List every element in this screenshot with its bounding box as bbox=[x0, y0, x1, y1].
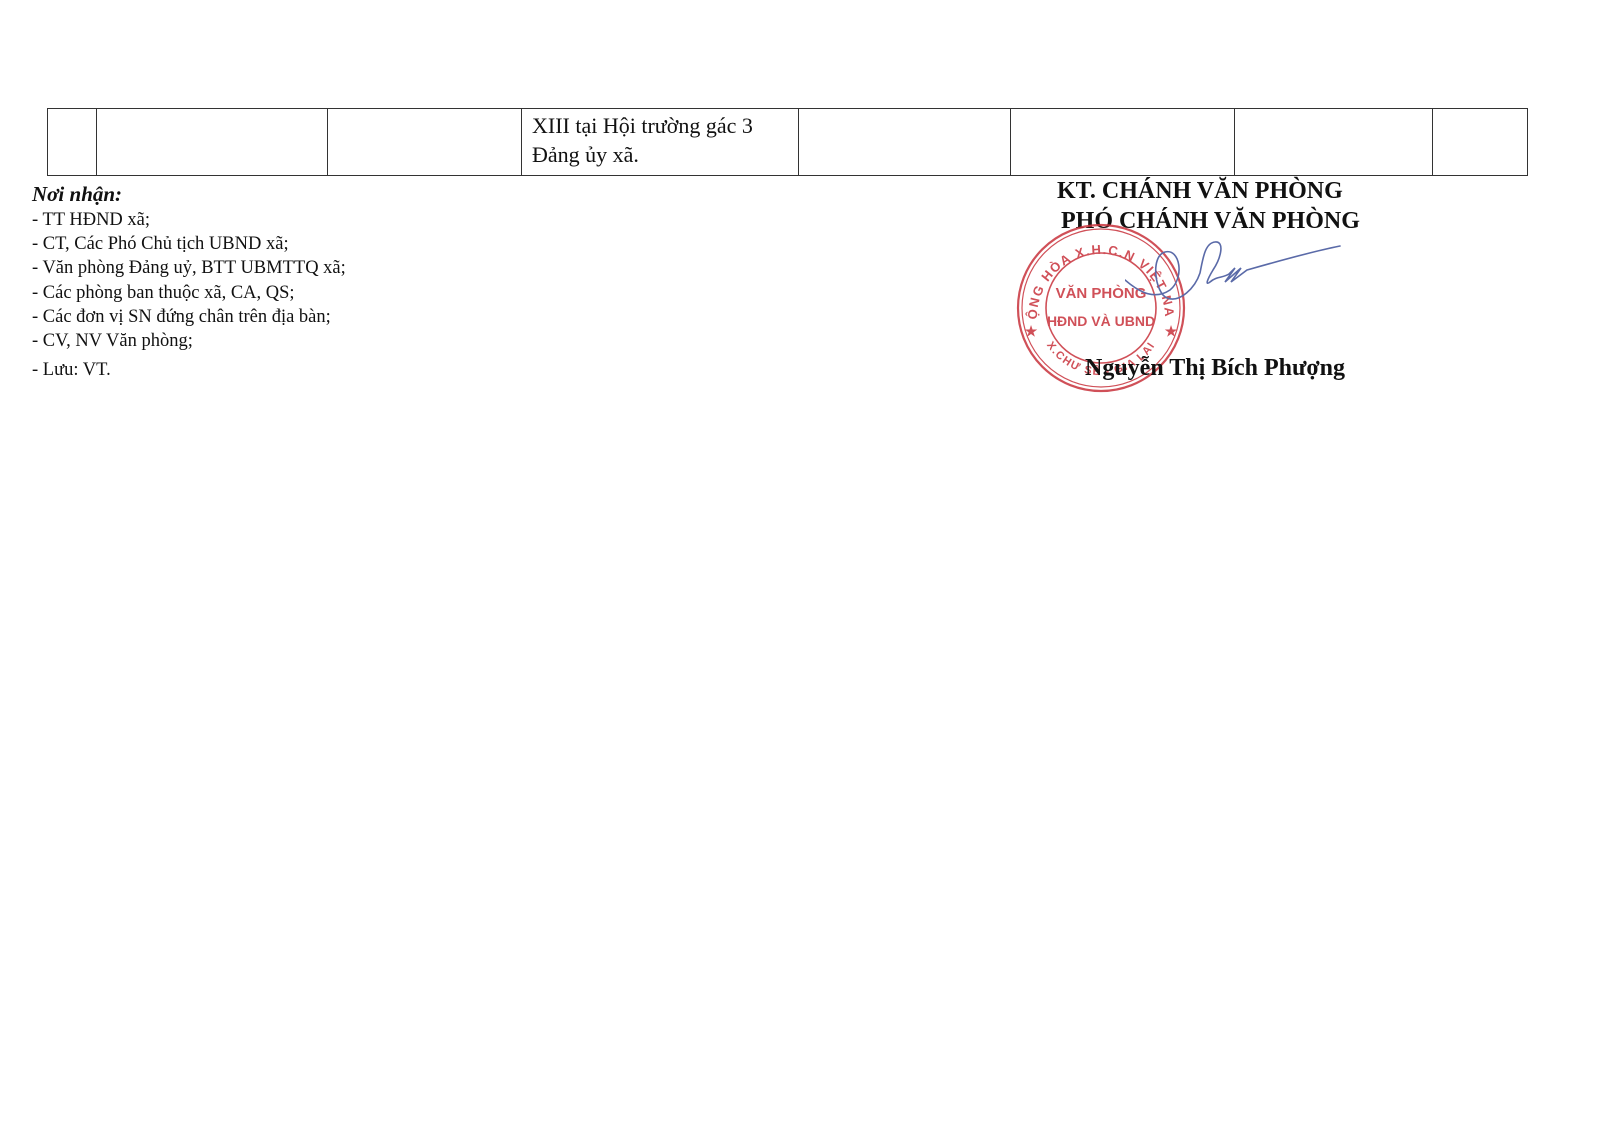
signer-title-line1: KT. CHÁNH VĂN PHÒNG bbox=[1057, 176, 1343, 206]
table-cell bbox=[799, 109, 1011, 176]
table-cell bbox=[48, 109, 97, 176]
table-cell bbox=[97, 109, 328, 176]
recipient-item: - Các đơn vị SN đứng chân trên địa bàn; bbox=[32, 305, 346, 329]
recipient-item: - CT, Các Phó Chủ tịch UBND xã; bbox=[32, 232, 346, 256]
table-cell bbox=[1011, 109, 1235, 176]
recipients-heading: Nơi nhận: bbox=[32, 180, 346, 208]
recipient-item: - CV, NV Văn phòng; bbox=[32, 329, 346, 353]
table-row: XIII tại Hội trường gác 3 Đảng ủy xã. bbox=[48, 109, 1528, 176]
table-cell bbox=[1235, 109, 1433, 176]
table-cell-location: XIII tại Hội trường gác 3 Đảng ủy xã. bbox=[522, 109, 799, 176]
schedule-table-fragment: XIII tại Hội trường gác 3 Đảng ủy xã. bbox=[47, 108, 1528, 176]
svg-text:★: ★ bbox=[1165, 323, 1178, 339]
signer-name: Nguyễn Thị Bích Phượng bbox=[1085, 353, 1345, 383]
svg-text:★: ★ bbox=[1025, 323, 1038, 339]
recipient-item: - TT HĐND xã; bbox=[32, 208, 346, 232]
recipients-block: Nơi nhận: - TT HĐND xã; - CT, Các Phó Ch… bbox=[32, 180, 346, 382]
recipient-item: - Các phòng ban thuộc xã, CA, QS; bbox=[32, 281, 346, 305]
location-text: XIII tại Hội trường gác 3 Đảng ủy xã. bbox=[522, 109, 798, 169]
handwritten-signature-icon bbox=[1125, 238, 1345, 318]
recipient-item: - Văn phòng Đảng uỷ, BTT UBMTTQ xã; bbox=[32, 256, 346, 280]
recipient-item: - Lưu: VT. bbox=[32, 358, 346, 382]
table-cell bbox=[1433, 109, 1528, 176]
table-cell bbox=[328, 109, 522, 176]
